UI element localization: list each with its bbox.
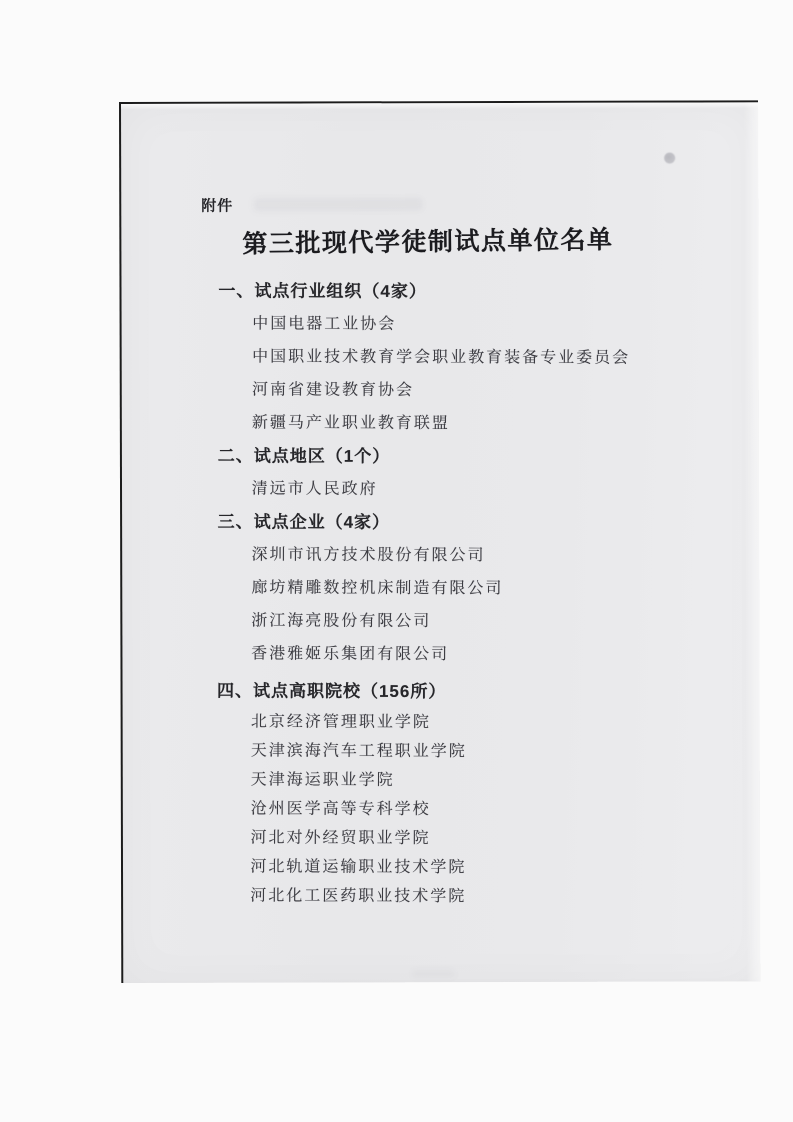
- punch-hole-mark: [664, 153, 675, 164]
- list-item: 北京经济管理职业学院: [120, 707, 757, 738]
- scan-smudge: [411, 969, 455, 978]
- scan-background: 附件 第三批现代学徒制试点单位名单 一、试点行业组织（4家） 中国电器工业协会 …: [0, 0, 793, 1122]
- list-item: 深圳市讯方技术股份有限公司: [120, 538, 757, 573]
- list-item: 天津海运职业学院: [120, 765, 757, 796]
- list-item: 香港雅姬乐集团有限公司: [120, 637, 757, 672]
- list-item: 河北轨道运输职业技术学院: [119, 852, 756, 883]
- list-item: 新疆马产业职业教育联盟: [121, 406, 758, 441]
- document-body: 一、试点行业组织（4家） 中国电器工业协会 中国职业技术教育学会职业教育装备专业…: [119, 274, 758, 912]
- list-item: 中国电器工业协会: [121, 307, 758, 342]
- section-4-heading: 四、试点高职院校（156所）: [120, 674, 757, 709]
- scanned-page: 附件 第三批现代学徒制试点单位名单 一、试点行业组织（4家） 中国电器工业协会 …: [119, 100, 760, 983]
- section-3-heading: 三、试点企业（4家）: [121, 505, 758, 540]
- list-item: 清远市人民政府: [121, 472, 758, 507]
- document-title: 第三批现代学徒制试点单位名单: [121, 218, 734, 261]
- list-item: 河北对外经贸职业学院: [119, 823, 756, 854]
- section-2-heading: 二、试点地区（1个）: [121, 439, 758, 474]
- scan-smudge: [253, 197, 423, 211]
- list-item: 河北化工医药职业技术学院: [119, 881, 756, 912]
- list-item: 中国职业技术教育学会职业教育装备专业委员会: [121, 340, 758, 375]
- list-item: 廊坊精雕数控机床制造有限公司: [120, 571, 757, 606]
- attachment-label: 附件: [201, 195, 233, 216]
- list-item: 河南省建设教育协会: [121, 373, 758, 408]
- section-1-heading: 一、试点行业组织（4家）: [121, 274, 758, 309]
- list-item: 浙江海亮股份有限公司: [120, 604, 757, 639]
- list-item: 沧州医学高等专科学校: [120, 794, 757, 825]
- list-item: 天津滨海汽车工程职业学院: [120, 736, 757, 767]
